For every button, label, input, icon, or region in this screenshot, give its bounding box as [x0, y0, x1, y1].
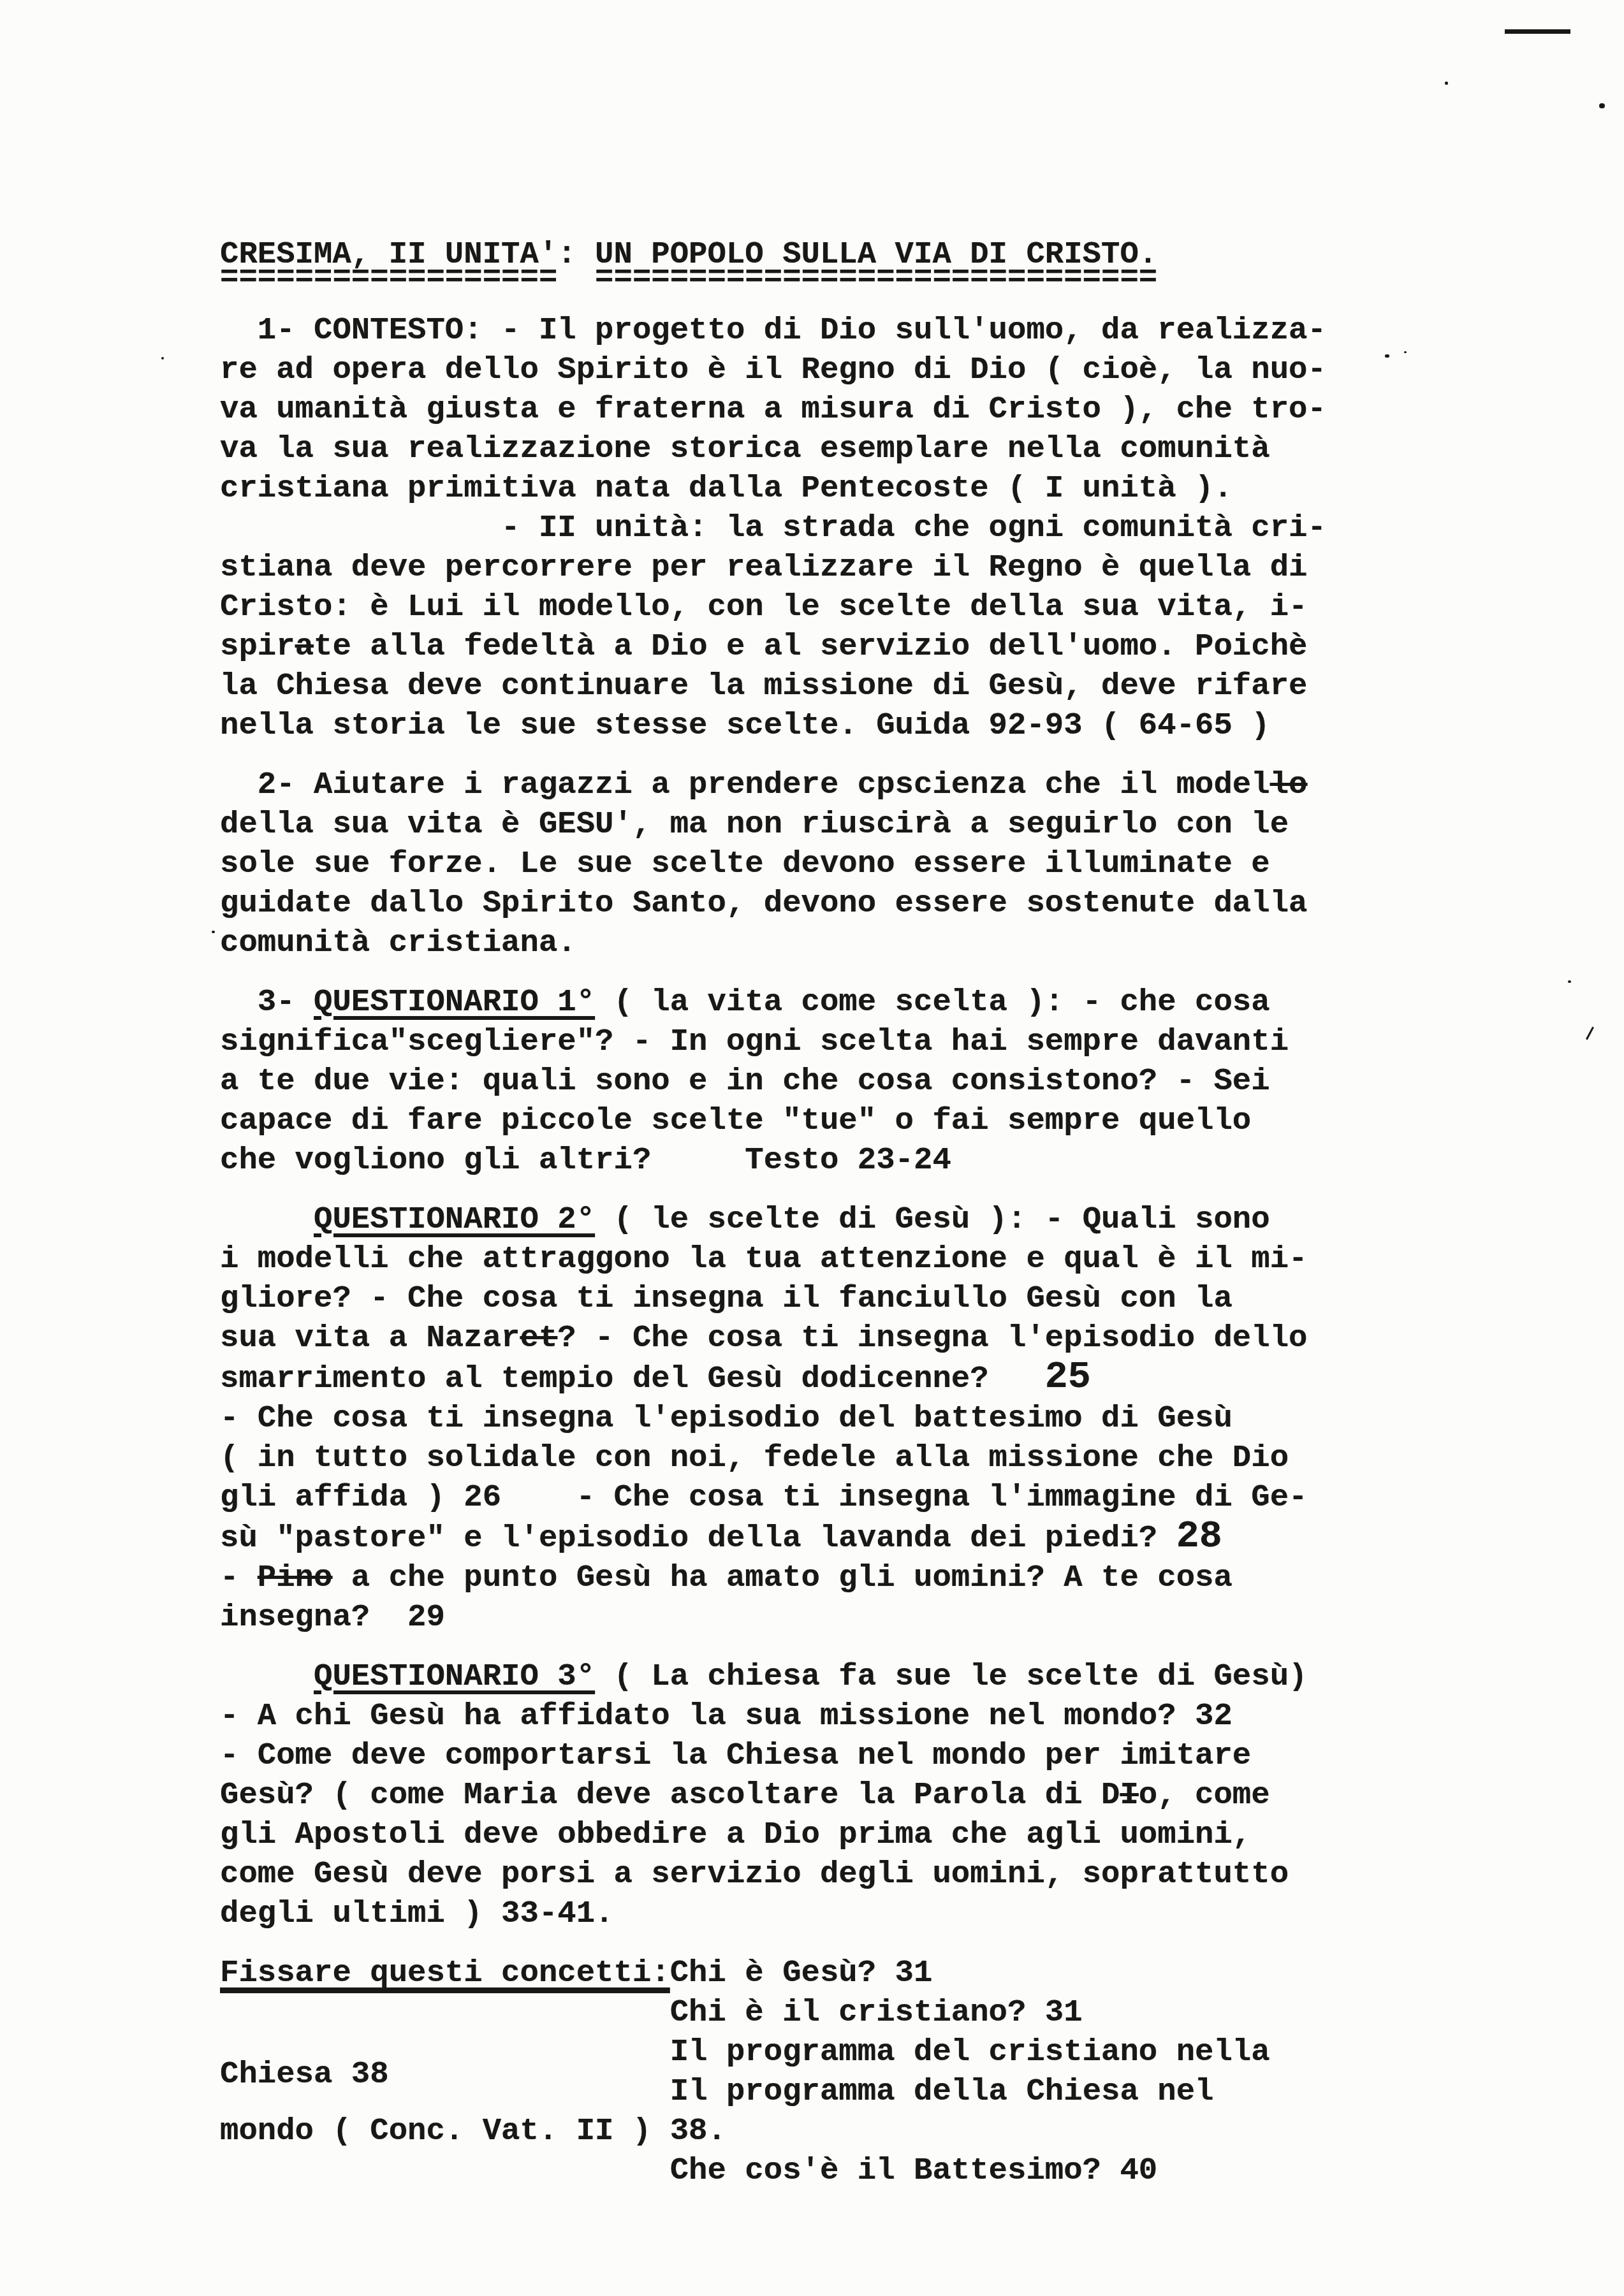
text-segment: Cristo: è Lui il modello, con le scelte …: [220, 589, 1307, 625]
text-segment: ( in tutto solidale con noi, fedele alla…: [220, 1440, 1289, 1476]
text-segment: gliore? - Che cosa ti insegna il fanciul…: [220, 1281, 1233, 1316]
text-line: re ad opera dello Spirito è il Regno di …: [220, 350, 1406, 389]
text-line: stiana deve percorrere per realizzare il…: [220, 548, 1406, 587]
text-line: - A chi Gesù ha affidato la sua missione…: [220, 1696, 1406, 1736]
text-line: - Che cosa ti insegna l'episodio del bat…: [220, 1399, 1406, 1438]
paragraph: QUESTIONARIO 3° ( La chiesa fa sue le sc…: [220, 1657, 1406, 1933]
ink-speck: [161, 357, 164, 360]
text-segment: che vogliono gli altri? Testo 23-24: [220, 1142, 951, 1178]
paragraph: 3- QUESTIONARIO 1° ( la vita come scelta…: [220, 982, 1406, 1180]
text-line: sole sue forze. Le sue scelte devono ess…: [220, 844, 1406, 883]
text-segment-underline: QUESTIONARIO 1°: [314, 984, 595, 1020]
ink-speck: [212, 931, 215, 933]
text-line: gliore? - Che cosa ti insegna il fanciul…: [220, 1279, 1406, 1318]
text-segment: spir: [220, 628, 295, 664]
text-segment: ( le scelte di Gesù ): - Quali sono: [595, 1202, 1270, 1237]
text-line: della sua vita è GESU', ma non riuscirà …: [220, 804, 1406, 844]
ink-speck: [1586, 1027, 1594, 1040]
text-segment: ( la vita come scelta ): - che cosa: [595, 984, 1270, 1020]
text-segment: Che cos'è il Battesimo? 40: [220, 2153, 1157, 2188]
text-segment: - Che cosa ti insegna l'episodio del bat…: [220, 1400, 1233, 1436]
paragraph: 1- CONTESTO: - Il progetto di Dio sull'u…: [220, 310, 1406, 745]
text-segment: i modelli che attraggono la tua attenzio…: [220, 1241, 1307, 1277]
text-segment: va umanità giusta e fraterna a misura di…: [220, 391, 1326, 427]
text-segment: [220, 1202, 314, 1237]
text-line: Cristo: è Lui il modello, con le scelte …: [220, 587, 1406, 627]
text-segment-strike: a: [295, 628, 314, 664]
text-line: QUESTIONARIO 3° ( La chiesa fa sue le sc…: [220, 1657, 1406, 1696]
text-line: guidate dallo Spirito Santo, devono esse…: [220, 883, 1406, 923]
text-line: Gesù? ( come Maria deve ascoltare la Par…: [220, 1775, 1406, 1815]
document-body: 1- CONTESTO: - Il progetto di Dio sull'u…: [220, 310, 1406, 2190]
text-segment: gli Apostoli deve obbedire a Dio prima c…: [220, 1817, 1251, 1852]
text-line: Chi è il cristiano? 31: [220, 1993, 1406, 2032]
text-segment: significa"scegliere"? - In ogni scelta h…: [220, 1024, 1289, 1059]
text-line: sù "pastore" e l'episodio della lavanda …: [220, 1517, 1406, 1558]
text-line: 3- QUESTIONARIO 1° ( la vita come scelta…: [220, 982, 1406, 1022]
text-segment-big: 28: [1176, 1515, 1222, 1559]
text-segment: 1- CONTESTO: - Il progetto di Dio sull'u…: [220, 312, 1326, 348]
text-segment: Il programma della Chiesa nel: [389, 2074, 1214, 2109]
text-line: significa"scegliere"? - In ogni scelta h…: [220, 1022, 1406, 1061]
text-line: smarrimento al tempio del Gesù dodicenne…: [220, 1358, 1406, 1399]
text-segment: - A chi Gesù ha affidato la sua missione…: [220, 1698, 1233, 1734]
text-line: gli affida ) 26 - Che cosa ti insegna l'…: [220, 1478, 1406, 1517]
text-segment: come Gesù deve porsi a servizio degli uo…: [220, 1856, 1289, 1892]
text-segment: sua vita a Nazar: [220, 1320, 520, 1356]
text-line: nella storia le sue stesse scelte. Guida…: [220, 706, 1406, 745]
text-segment: nella storia le sue stesse scelte. Guida…: [220, 708, 1270, 743]
text-segment: guidate dallo Spirito Santo, devono esse…: [220, 885, 1307, 921]
text-segment: degli ultimi ) 33-41.: [220, 1896, 614, 1931]
text-line: la Chiesa deve continuare la missione di…: [220, 666, 1406, 706]
text-segment: Chi è Gesù? 31: [670, 1955, 933, 1991]
text-segment: [220, 1659, 314, 1694]
text-line: Fissare questi concetti:Chi è Gesù? 31: [220, 1953, 1406, 1993]
text-segment-strike: lo: [1270, 767, 1308, 803]
text-line: cristiana primitiva nata dalla Pentecost…: [220, 469, 1406, 508]
text-segment: -: [220, 1560, 258, 1595]
title-underline: ================== =====================…: [220, 265, 1406, 291]
paragraph: Fissare questi concetti:Chi è Gesù? 31 C…: [220, 1953, 1406, 2190]
text-segment: ( La chiesa fa sue le scelte di Gesù): [595, 1659, 1307, 1694]
text-segment: smarrimento al tempio del Gesù dodicenne…: [220, 1361, 1045, 1397]
text-segment-raise: Chiesa 38: [220, 2054, 389, 2094]
text-segment-strike: et: [520, 1320, 557, 1356]
text-line: va umanità giusta e fraterna a misura di…: [220, 389, 1406, 429]
text-line: capace di fare piccole scelte "tue" o fa…: [220, 1101, 1406, 1140]
text-segment: o, come: [1139, 1777, 1270, 1813]
text-line: Chiesa 38 Il programma della Chiesa nel: [220, 2072, 1406, 2111]
text-segment: re ad opera dello Spirito è il Regno di …: [220, 352, 1326, 388]
text-line: mondo ( Conc. Vat. II ) 38.: [220, 2111, 1406, 2151]
text-segment: la Chiesa deve continuare la missione di…: [220, 668, 1307, 704]
text-line: sua vita a Nazaret? - Che cosa ti insegn…: [220, 1318, 1406, 1358]
text-line: - Pino a che punto Gesù ha amato gli uom…: [220, 1558, 1406, 1597]
text-segment-underline: QUESTIONARIO 2°: [314, 1202, 595, 1237]
text-line: Il programma del cristiano nella: [220, 2032, 1406, 2072]
text-segment: insegna? 29: [220, 1599, 445, 1635]
text-line: insegna? 29: [220, 1597, 1406, 1637]
text-segment: della sua vita è GESU', ma non riuscirà …: [220, 806, 1289, 842]
document-content: CRESIMA, II UNITA': UN POPOLO SULLA VIA …: [220, 235, 1406, 2190]
paragraph: QUESTIONARIO 2° ( le scelte di Gesù ): -…: [220, 1200, 1406, 1637]
text-segment-underline-heavy: Fissare questi concetti:: [220, 1955, 670, 1991]
text-segment: Gesù? ( come Maria deve ascoltare la Par…: [220, 1777, 1120, 1813]
text-segment: ? - Che cosa ti insegna l'episodio dello: [557, 1320, 1307, 1356]
text-segment-strike: Pino: [258, 1560, 333, 1595]
text-line: i modelli che attraggono la tua attenzio…: [220, 1239, 1406, 1279]
text-segment: sole sue forze. Le sue scelte devono ess…: [220, 846, 1270, 882]
text-segment: - Come deve comportarsi la Chiesa nel mo…: [220, 1738, 1251, 1773]
text-segment: gli affida ) 26 - Che cosa ti insegna l'…: [220, 1479, 1307, 1515]
text-segment: 3-: [220, 984, 314, 1020]
text-line: comunità cristiana.: [220, 923, 1406, 963]
ink-speck: [1568, 980, 1571, 983]
paragraph: 2- Aiutare i ragazzi a prendere cpscienz…: [220, 765, 1406, 963]
text-segment: a te due vie: quali sono e in che cosa c…: [220, 1063, 1270, 1099]
text-line: 2- Aiutare i ragazzi a prendere cpscienz…: [220, 765, 1406, 804]
text-line: degli ultimi ) 33-41.: [220, 1894, 1406, 1933]
ink-speck: [1445, 82, 1448, 85]
text-segment: cristiana primitiva nata dalla Pentecost…: [220, 470, 1233, 506]
text-line: va la sua realizzazione storica esemplar…: [220, 429, 1406, 469]
document-page: CRESIMA, II UNITA': UN POPOLO SULLA VIA …: [0, 0, 1624, 2296]
text-segment: capace di fare piccole scelte "tue" o fa…: [220, 1103, 1251, 1138]
top-right-mark: [1505, 29, 1570, 34]
text-line: che vogliono gli altri? Testo 23-24: [220, 1140, 1406, 1180]
text-line: come Gesù deve porsi a servizio degli uo…: [220, 1854, 1406, 1894]
text-segment: comunità cristiana.: [220, 925, 576, 961]
text-segment: sù "pastore" e l'episodio della lavanda …: [220, 1520, 1176, 1556]
text-segment-strike: I: [1120, 1777, 1138, 1813]
text-line: - Come deve comportarsi la Chiesa nel mo…: [220, 1736, 1406, 1775]
text-segment: Chi è il cristiano? 31: [220, 1994, 1083, 2030]
text-line: ( in tutto solidale con noi, fedele alla…: [220, 1438, 1406, 1478]
ink-speck: [1599, 103, 1605, 108]
text-segment: stiana deve percorrere per realizzare il…: [220, 549, 1307, 585]
text-line: a te due vie: quali sono e in che cosa c…: [220, 1061, 1406, 1101]
text-segment: 2- Aiutare i ragazzi a prendere cpscienz…: [220, 767, 1270, 803]
text-segment: te alla fedeltà a Dio e al servizio dell…: [314, 628, 1307, 664]
text-line: gli Apostoli deve obbedire a Dio prima c…: [220, 1815, 1406, 1854]
text-line: Che cos'è il Battesimo? 40: [220, 2151, 1406, 2190]
text-segment: - II unità: la strada che ogni comunità …: [220, 510, 1326, 546]
text-segment: va la sua realizzazione storica esemplar…: [220, 431, 1270, 467]
text-line: 1- CONTESTO: - Il progetto di Dio sull'u…: [220, 310, 1406, 350]
text-segment-big: 25: [1045, 1356, 1091, 1399]
text-line: QUESTIONARIO 2° ( le scelte di Gesù ): -…: [220, 1200, 1406, 1239]
text-segment-underline: QUESTIONARIO 3°: [314, 1659, 595, 1694]
text-line: - II unità: la strada che ogni comunità …: [220, 508, 1406, 548]
text-segment: mondo ( Conc. Vat. II ) 38.: [220, 2113, 726, 2149]
text-line: spirate alla fedeltà a Dio e al servizio…: [220, 627, 1406, 666]
text-segment: a che punto Gesù ha amato gli uomini? A …: [332, 1560, 1232, 1595]
